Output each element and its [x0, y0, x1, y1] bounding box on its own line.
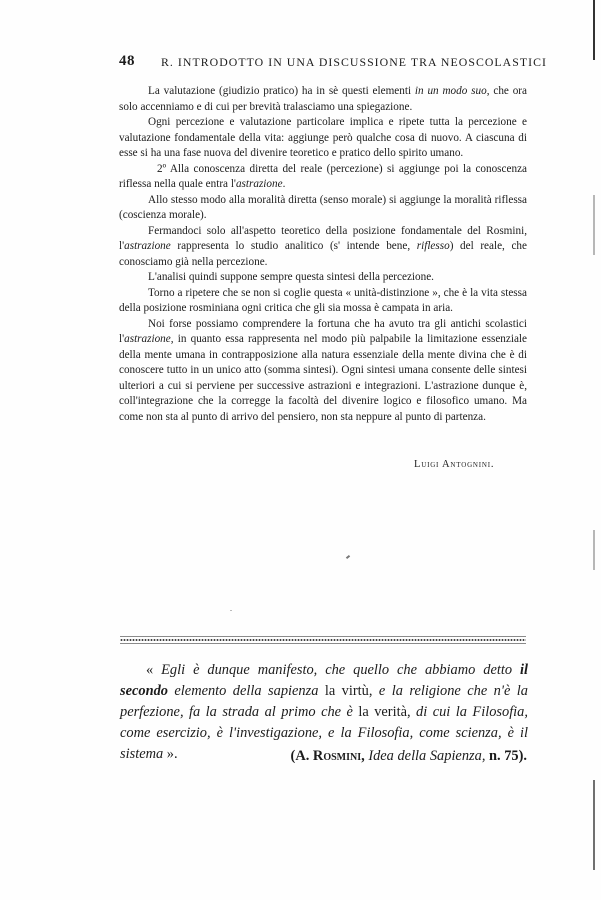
page-edge-line — [593, 195, 595, 255]
page-edge-line — [593, 530, 595, 570]
paragraph: Torno a ripetere che se non si coglie qu… — [119, 286, 527, 317]
print-speck — [230, 610, 232, 611]
page-edge-line — [593, 0, 595, 60]
paragraph: Fermandoci solo all'aspetto teoretico de… — [119, 224, 527, 271]
page-number: 48 — [119, 53, 135, 70]
paragraph: 2º Alla conoscenza diretta del reale (pe… — [119, 162, 527, 193]
running-head-title: R. Introdotto in una discussione tra neo… — [161, 55, 547, 70]
paragraph: L'analisi quindi suppone sempre questa s… — [119, 270, 527, 286]
paragraph: Allo stesso modo alla moralità diretta (… — [119, 193, 527, 224]
citation-title: Idea della Sapienza, — [368, 748, 485, 764]
print-speck — [346, 555, 350, 559]
running-head: 48 R. Introdotto in una discussione tra … — [119, 53, 529, 71]
citation-author: Rosmini — [313, 748, 361, 764]
author-signature: Luigi Antognini. — [414, 459, 494, 470]
article-body: La valutazione (giudizio pratico) ha in … — [119, 84, 527, 425]
paragraph: Ogni percezione e valutazione particolar… — [119, 115, 527, 162]
book-page: 48 R. Introdotto in una discussione tra … — [0, 0, 601, 900]
quote-citation: (A. Rosmini, Idea della Sapienza, n. 75)… — [291, 748, 527, 765]
paragraph: Noi forse possiamo comprendere la fortun… — [119, 317, 527, 426]
page-edge-line — [593, 780, 595, 870]
paragraph: La valutazione (giudizio pratico) ha in … — [119, 84, 527, 115]
ornamental-divider — [120, 636, 526, 644]
